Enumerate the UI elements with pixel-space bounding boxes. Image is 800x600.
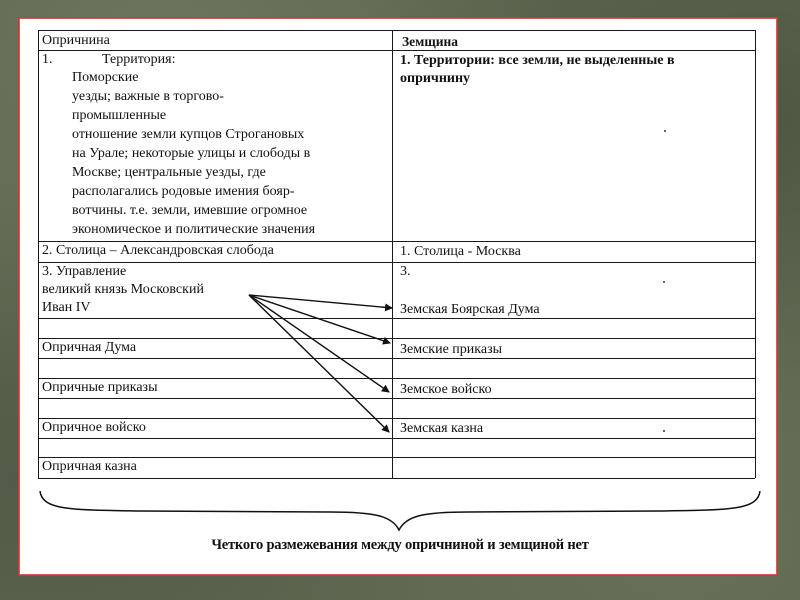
arrow-to-prikazy	[249, 295, 390, 343]
curly-brace	[40, 491, 760, 530]
arrow-to-army	[249, 295, 389, 392]
arrow-to-treasury	[249, 295, 389, 432]
relation-arrows	[249, 295, 392, 432]
conclusion-caption: Четкого размежевания между опричниной и …	[0, 537, 800, 554]
arrow-to-boyar-duma	[249, 295, 392, 308]
arrows-overlay	[0, 0, 800, 600]
